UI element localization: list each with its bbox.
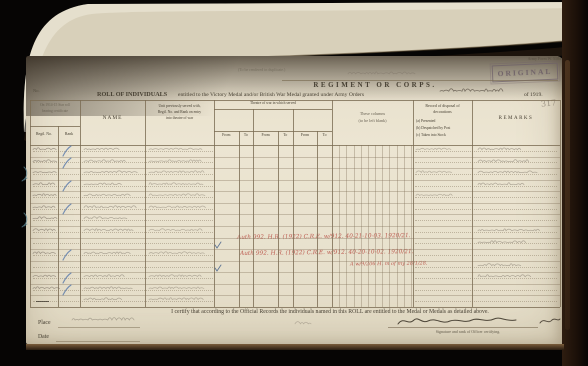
row-line xyxy=(30,295,560,296)
from-header: From xyxy=(256,133,276,137)
regtl-no-handwriting xyxy=(33,251,54,257)
book-edge-streak xyxy=(565,60,570,330)
name-header: NAME xyxy=(80,116,145,122)
regtl-no-handwriting xyxy=(33,182,54,188)
form-number: Army Form W. 5104. xyxy=(486,57,562,61)
name-handwriting xyxy=(84,193,128,199)
name-handwriting xyxy=(84,205,135,211)
row-dotted-line xyxy=(415,220,557,221)
book-edge xyxy=(562,0,588,366)
grid-hline xyxy=(30,145,560,146)
grid-hline xyxy=(214,109,332,110)
place-line xyxy=(58,327,140,328)
unit-header-line1: Unit previously served with, xyxy=(146,105,213,109)
row-line xyxy=(30,203,560,204)
place-handwriting xyxy=(72,317,130,324)
to-header: To xyxy=(315,133,335,137)
roll-title-rest: entitled to the Victory Medal and/or Bri… xyxy=(178,93,364,99)
unit-handwriting xyxy=(149,147,201,153)
page-bottom-edge xyxy=(26,344,564,350)
signature-rank-ink xyxy=(540,317,560,327)
regtl-no-handwriting xyxy=(33,159,54,165)
grid-vline xyxy=(293,109,294,307)
footer-pencil-mark xyxy=(295,321,309,328)
blank-col-header-line2: (to be left blank) xyxy=(332,119,413,123)
remarks-handwriting xyxy=(478,170,536,176)
rank-tick-mark xyxy=(62,250,72,261)
place-label: Place xyxy=(38,320,51,326)
date-label: Date xyxy=(38,334,49,340)
grid-vline xyxy=(253,109,254,307)
disposal-item-c: (c) Taken into Stock xyxy=(416,134,446,138)
row-line xyxy=(30,168,560,169)
name-handwriting xyxy=(84,251,127,257)
unit-handwriting xyxy=(149,251,201,257)
row-dotted-line xyxy=(415,301,557,302)
remarks-handwriting xyxy=(478,147,518,153)
regiment-name-handwriting xyxy=(348,71,414,78)
disposal-handwriting xyxy=(416,193,450,199)
unit-handwriting xyxy=(149,205,201,211)
disposal-header-line1: Record of disposal of xyxy=(413,104,472,108)
regtl-no-handwriting xyxy=(33,205,54,211)
from-header: From xyxy=(216,133,236,137)
signature-caption: Signature and rank of Officer certifying… xyxy=(393,330,543,334)
regtl-no-handwriting xyxy=(33,216,54,222)
disposal-header-line2: decorations xyxy=(413,110,472,114)
unit-header-line2: Regtl. No. and Rank on entry xyxy=(146,111,213,115)
row-line xyxy=(30,226,560,227)
row-line xyxy=(30,157,560,158)
rank-tick-mark xyxy=(62,158,72,169)
row-dotted-line xyxy=(415,255,557,256)
rank-header: Rank xyxy=(58,132,80,136)
regtl-no-handwriting xyxy=(33,274,54,280)
roll-title-suffix: of 1919. xyxy=(524,93,543,99)
row-line xyxy=(30,180,560,181)
name-handwriting xyxy=(84,286,130,292)
star-roll-header-line2: bearing certificate xyxy=(31,110,79,114)
row-dotted-line xyxy=(33,243,213,244)
duplicate-note: (To be rendered in duplicate.) xyxy=(238,68,285,72)
row-line xyxy=(30,249,560,250)
name-handwriting xyxy=(84,216,124,222)
unit-handwriting xyxy=(149,159,201,165)
document-photo: Army Form W. 5104. ORIGINAL (To be rende… xyxy=(0,0,588,366)
row-dotted-line xyxy=(415,209,557,210)
row-line xyxy=(30,191,560,192)
row-line xyxy=(30,284,560,285)
roll-title-main: ROLL OF INDIVIDUALS xyxy=(97,92,167,99)
officer-signature xyxy=(398,315,526,329)
name-handwriting xyxy=(84,170,132,176)
name-handwriting xyxy=(84,159,125,165)
remarks-handwriting xyxy=(478,228,537,234)
to-header: To xyxy=(275,133,295,137)
to-header: To xyxy=(236,133,256,137)
unit-handwriting xyxy=(149,170,201,176)
name-handwriting xyxy=(84,228,131,234)
remarks-handwriting xyxy=(478,263,520,269)
army-orders-handwriting xyxy=(440,88,502,95)
grid-hline xyxy=(30,100,560,101)
theatre-group-header: Theatre of war in which served xyxy=(214,102,332,106)
theatre-check-mark xyxy=(215,264,223,271)
from-header: From xyxy=(295,133,315,137)
disposal-item-b: (b) Despatched by Post xyxy=(416,127,450,131)
grid-hline xyxy=(30,126,80,127)
regtl-no-handwriting xyxy=(33,286,54,292)
star-roll-header-line1: On 1914-15 Star roll xyxy=(31,104,79,108)
remarks-handwriting xyxy=(478,240,524,246)
row-dotted-line xyxy=(415,290,557,291)
grid-hline xyxy=(214,131,332,132)
row-line xyxy=(30,261,560,262)
row-dotted-line xyxy=(33,267,213,268)
regiment-or-corps-heading: REGIMENT OR CORPS. xyxy=(300,82,450,89)
date-line xyxy=(56,341,140,342)
row-line xyxy=(30,214,560,215)
name-handwriting xyxy=(84,182,121,188)
rank-tick-mark xyxy=(62,146,72,157)
regtl-no-handwriting xyxy=(33,228,54,234)
margin-bracket-mark xyxy=(20,213,29,228)
unit-header-line3: into theatre of war xyxy=(146,117,213,121)
row-line xyxy=(30,272,560,273)
disposal-handwriting xyxy=(416,170,450,176)
unit-handwriting xyxy=(149,297,201,303)
rank-tick-mark xyxy=(62,273,72,284)
grid-vline xyxy=(58,126,59,307)
name-handwriting xyxy=(84,274,123,280)
disposal-handwriting xyxy=(416,147,450,153)
unit-handwriting xyxy=(149,182,201,188)
regtl-no-header: Regtl. No. xyxy=(30,132,58,136)
disposal-item-a: (a) Presented xyxy=(416,120,435,124)
unit-handwriting xyxy=(149,274,201,280)
name-handwriting xyxy=(84,297,119,303)
theatre-check-mark xyxy=(215,241,223,248)
blank-col-header-line1: These columns xyxy=(332,112,413,116)
unit-handwriting xyxy=(149,286,201,292)
remarks-header: REMARKS xyxy=(472,116,560,121)
unit-handwriting xyxy=(149,193,201,199)
row-line xyxy=(30,238,560,239)
rank-tick-mark xyxy=(62,181,72,192)
regtl-no-handwriting xyxy=(33,193,54,199)
remarks-handwriting xyxy=(478,274,529,280)
regtl-no-handwriting xyxy=(33,147,54,153)
rank-tick-mark xyxy=(62,204,72,215)
remarks-handwriting xyxy=(478,159,527,165)
rank-tick-mark xyxy=(62,285,72,296)
regtl-no-handwriting xyxy=(33,170,54,176)
margin-bracket-mark xyxy=(20,167,29,182)
margin-dash-mark xyxy=(36,301,49,302)
grid-vline xyxy=(560,100,561,307)
grid-hline xyxy=(30,307,560,308)
unit-handwriting xyxy=(149,228,201,234)
name-handwriting xyxy=(84,147,118,153)
no-label: No. xyxy=(33,89,40,94)
remarks-handwriting xyxy=(478,182,523,188)
